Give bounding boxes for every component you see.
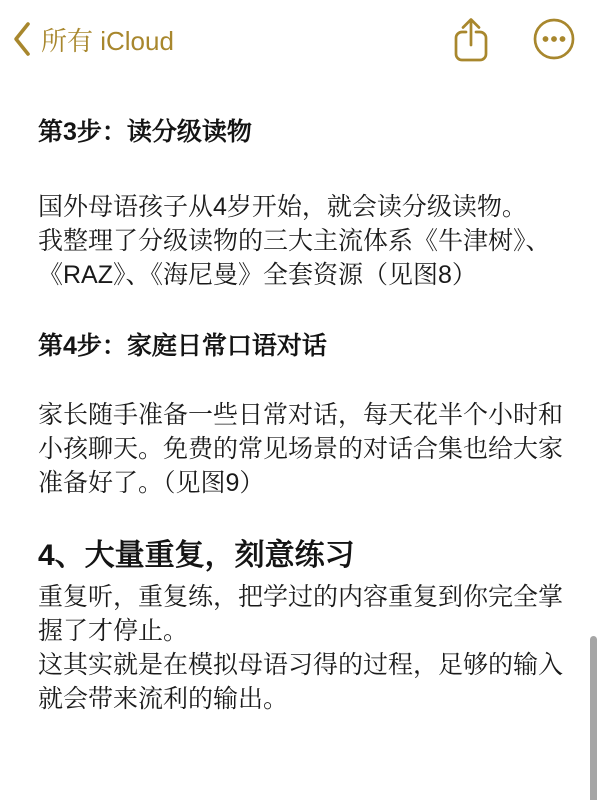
text-line: 这其实就是在模拟母语习得的过程，足够的输入 (38, 648, 572, 682)
note-content[interactable]: 第3步：读分级读物 国外母语孩子从4岁开始，就会读分级读物。 我整理了分级读物的… (38, 64, 572, 716)
text-line: 我整理了分级读物的三大主流体系《牛津树》、 (38, 224, 572, 258)
paragraph-step3: 国外母语孩子从4岁开始，就会读分级读物。 我整理了分级读物的三大主流体系《牛津树… (38, 190, 572, 292)
back-button[interactable]: 所有 iCloud (12, 21, 174, 58)
paragraph-repeat-practice: 重复听，重复练，把学过的内容重复到你完全掌 握了才停止。 这其实就是在模拟母语习… (38, 580, 572, 716)
text-line: 重复听，重复练，把学过的内容重复到你完全掌 (38, 580, 572, 614)
text-line: 国外母语孩子从4岁开始，就会读分级读物。 (38, 190, 572, 224)
text-line: 家长随手准备一些日常对话，每天花半个小时和 (38, 398, 572, 432)
scrollbar-thumb[interactable] (590, 636, 597, 800)
text-line: 《RAZ》、《海尼曼》全套资源（见图8） (38, 258, 572, 292)
more-button[interactable] (532, 17, 576, 61)
more-ellipsis-icon (532, 17, 576, 61)
text-line: 握了才停止。 (38, 614, 572, 648)
share-icon (452, 16, 490, 62)
back-chevron-icon (12, 21, 32, 57)
text-line: 小孩聊天。免费的常见场景的对话合集也给大家 (38, 432, 572, 466)
back-button-label: 所有 iCloud (41, 21, 174, 58)
nav-actions (452, 16, 576, 62)
text-line: 准备好了。（见图9） (38, 466, 572, 500)
section-heading-step3: 第3步：读分级读物 (38, 116, 572, 149)
section-heading-step4: 第4步：家庭日常口语对话 (38, 330, 572, 363)
share-button[interactable] (452, 16, 490, 62)
section-heading-repeat-practice: 4、大量重复，刻意练习 (38, 536, 572, 576)
paragraph-step4: 家长随手准备一些日常对话，每天花半个小时和 小孩聊天。免费的常见场景的对话合集也… (38, 398, 572, 500)
notes-app-screen: 所有 iCloud (0, 0, 600, 800)
navigation-bar: 所有 iCloud (0, 0, 600, 64)
text-line: 就会带来流利的输出。 (38, 682, 572, 716)
